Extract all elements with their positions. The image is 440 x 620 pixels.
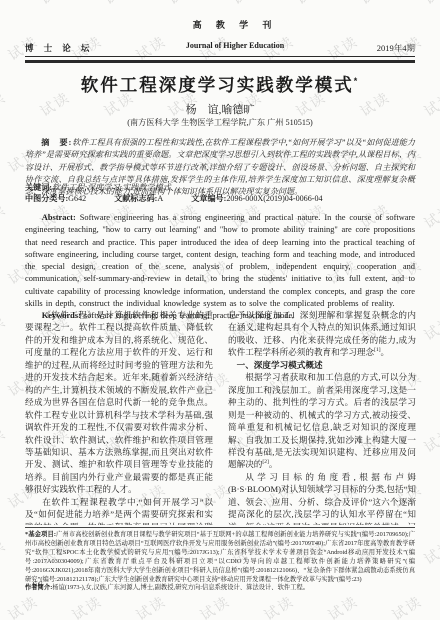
page-number: - 66 -	[25, 580, 51, 590]
clc-value: G642	[68, 194, 86, 203]
body-paragraph: *基金项目:广州市高校创新创业教育项目课程与教学研究项目“基于互联网+的卓越工程…	[25, 531, 415, 584]
footnote: *基金项目:广州市高校创新创业教育项目课程与教学研究项目“基于互联网+的卓越工程…	[25, 531, 415, 593]
running-head: 博 士 论 坛 高 教 学 刊 Journal of Higher Educat…	[25, 34, 415, 54]
authors: 杨 谊,喻德旷	[0, 101, 440, 117]
body-paragraph: 《软件工程》是计算机软件和相关专业的重要课程之一。软件工程以提高软件质量、降低软…	[25, 309, 213, 496]
body-paragraph: 从学习目标的角度看,根据布卢姆(B·S·BLOOM)对认知领域学习目标的分类,包…	[228, 471, 416, 525]
page-title: 软件工程深度学习实践教学模式*	[0, 72, 440, 97]
journal-name: 高 教 学 刊 Journal of Higher Education	[186, 14, 284, 54]
affiliation: (南方医科大学 生物医学工程学院,广东 广州 510515)	[0, 117, 440, 128]
doc-code-label: 文献标志码:	[114, 194, 157, 203]
header-rule-thin	[25, 56, 415, 57]
abstract-en: Abstract: Software engineering has a str…	[25, 212, 415, 323]
section-heading: 一、深度学习模式概述	[228, 359, 416, 371]
keywords-cn: 关键词:软件工程;深度学习;实践教学模式	[25, 182, 415, 193]
body-paragraph: 息予以深度加工、深刻理解和掌握复杂概念的内在涵义,建构起具有个人特点的知识体系,…	[228, 309, 416, 359]
journal-name-en: Journal of Higher Education	[186, 41, 284, 50]
abstract-en-label: Abstract:	[42, 213, 76, 222]
body-column-left: 《软件工程》是计算机软件和相关专业的重要课程之一。软件工程以提高软件质量、降低软…	[25, 309, 213, 525]
keywords-cn-text: 软件工程;深度学习;实践教学模式	[52, 183, 171, 192]
title-footnote-mark: *	[354, 76, 360, 86]
body-paragraph: 在软件工程课程教学中,“如何开展学习”以及“如何促进能力培养”是两个需要研究探索…	[25, 496, 213, 525]
classification-line: 中图分类号:G642 文献标志码:A 文章编号:2096-000X(2019)0…	[25, 193, 415, 204]
body-paragraph: 作者简介:杨谊(1973-),女,汉族,广东河源人,博士,副教授,研究方向:信息…	[25, 584, 415, 593]
footnote-rule	[25, 527, 415, 528]
article-id-label: 文章编号:	[191, 194, 226, 203]
abstract-cn-label: 摘 要:	[41, 138, 72, 147]
issue-number: 2019年4期	[377, 42, 415, 54]
doc-code-value: A	[157, 194, 163, 203]
column-name: 博 士 论 坛	[25, 42, 93, 54]
keywords-cn-label: 关键词:	[25, 183, 52, 192]
journal-name-cn: 高 教 学 刊	[193, 20, 278, 30]
clc-label: 中图分类号:	[25, 194, 68, 203]
journal-page: 试读试读试读试读试读试读试读试读试读试读试读试读试读试读试读试读试读试读试读试读…	[0, 0, 440, 620]
abstract-en-text: Software engineering has a strong engine…	[25, 213, 415, 308]
header-rule-thick	[25, 60, 415, 63]
body-column-right: 息予以深度加工、深刻理解和掌握复杂概念的内在涵义,建构起具有个人特点的知识体系,…	[228, 309, 416, 525]
article-id-value: 2096-000X(2019)04-0066-04	[226, 194, 322, 203]
body-paragraph: 根据学习者获取和加工信息的方式,可以分为深度加工和浅层加工。前者采用深度学习,这…	[228, 371, 416, 471]
